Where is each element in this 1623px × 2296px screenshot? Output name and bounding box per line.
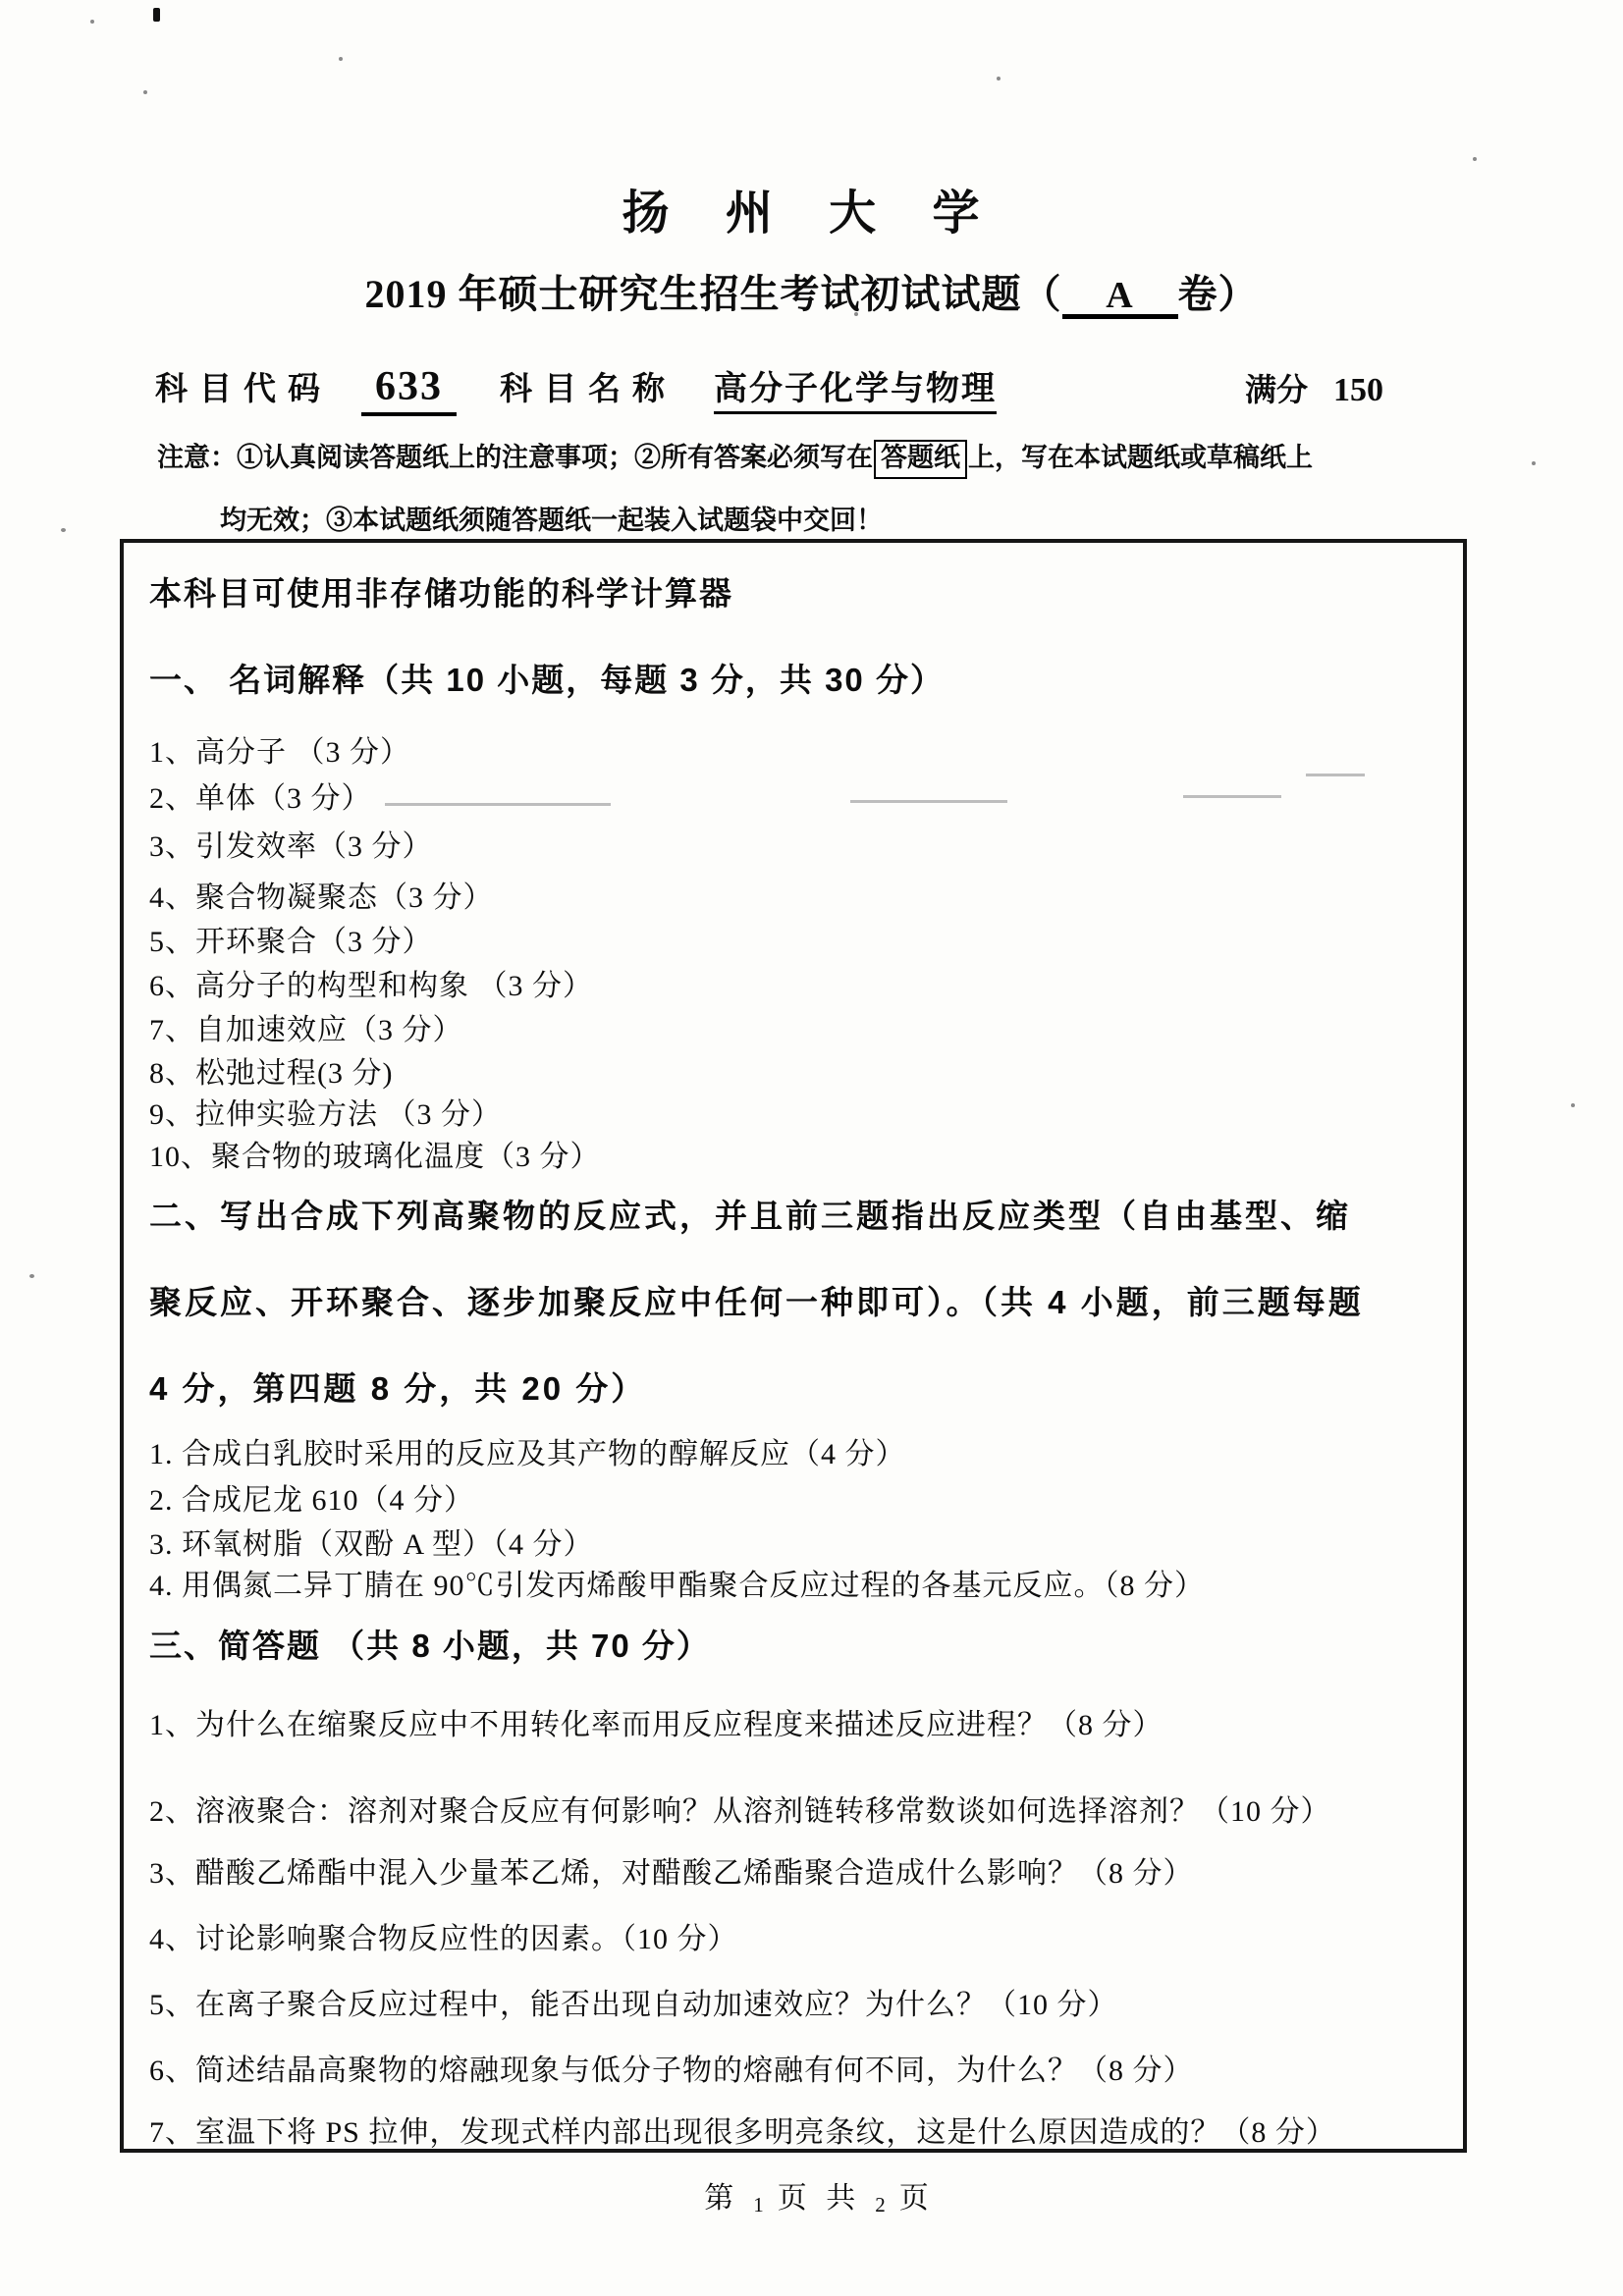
subject-code-label: 科目代码 (155, 363, 332, 409)
footer-suffix: 页 (899, 2182, 935, 2215)
section-2-heading-line-2: 聚反应、开环聚合、逐步加聚反应中任何一种即可）。（共 4 小题，前三题每题 (149, 1277, 1447, 1323)
scan-speck (29, 1274, 34, 1278)
section-1-heading: 一、 名词解释（共 10 小题，每题 3 分，共 30 分） (149, 655, 1447, 701)
full-score-value: 150 (1333, 372, 1383, 408)
section-2-heading-line-3: 4 分，第四题 8 分，共 20 分） (149, 1363, 1447, 1410)
section-1-item-5: 5、开环聚合（3 分） (149, 917, 1447, 960)
subject-code-value: 633 (361, 363, 457, 416)
section-3-item-6: 6、简述结晶高聚物的熔融现象与低分子物的熔融有何不同，为什么？（8 分） (149, 2046, 1447, 2089)
subject-name-value: 高分子化学与物理 (714, 361, 997, 414)
notice-line1-part2: 上，写在本试题纸或草稿纸上 (968, 443, 1313, 472)
section-1-item-3: 3、引发效率（3 分） (149, 822, 1447, 865)
exam-subtitle-prefix: 2019 年硕士研究生招生考试初试试题（ (365, 272, 1062, 316)
scan-speck (997, 77, 1001, 80)
section-3-item-1: 1、为什么在缩聚反应中不用转化率而用反应程度来描述反应进程？（8 分） (149, 1700, 1447, 1743)
subject-row: 科目代码 633 科目名称 高分子化学与物理 (155, 361, 997, 416)
full-score-label: 满分 (1245, 372, 1308, 407)
section-2-item-1: 1. 合成白乳胶时采用的反应及其产物的醇解反应（4 分） (149, 1429, 1447, 1472)
section-2-item-2: 2. 合成尼龙 610（4 分） (149, 1475, 1447, 1519)
notice-line-2: 均无效；③本试题纸须随答题纸一起装入试题袋中交回！ (157, 505, 1492, 538)
scan-speck (1473, 157, 1477, 161)
exam-subtitle: 2019 年硕士研究生招生考试初试试题（A卷） (0, 263, 1623, 319)
section-1-item-1: 1、高分子 （3 分） (149, 727, 1447, 771)
section-1-item-6: 6、高分子的构型和构象 （3 分） (149, 961, 1447, 1004)
scanned-exam-page: ’ ’ 扬 州 大 学 2019 年硕士研究生招生考试初试试题（A卷） 科目代码… (0, 0, 1623, 2296)
notice-line1-part1: ①认真阅读答题纸上的注意事项；②所有答案必须写在 (237, 443, 873, 472)
scan-speck (1571, 1103, 1575, 1107)
section-2-heading-line-1: 二、写出合成下列高聚物的反应式，并且前三题指出反应类型（自由基型、缩 (149, 1191, 1447, 1237)
section-1-item-10: 10、聚合物的玻璃化温度（3 分） (149, 1132, 1447, 1175)
section-3-heading: 三、简答题 （共 8 小题，共 70 分） (149, 1621, 1447, 1667)
section-3-item-7: 7、室温下将 PS 拉伸，发现式样内部出现很多明亮条纹，这是什么原因造成的？（8… (149, 2108, 1447, 2151)
scan-speck (339, 57, 343, 61)
footer-prefix: 第 (704, 2182, 739, 2215)
section-2-item-3: 3. 环氧树脂（双酚 A 型）（4 分） (149, 1520, 1447, 1563)
section-1-item-4: 4、聚合物凝聚态（3 分） (149, 873, 1447, 916)
exam-subtitle-suffix: 卷） (1178, 272, 1259, 316)
section-2-item-4: 4. 用偶氮二异丁腈在 90℃引发丙烯酸甲酯聚合反应过程的各基元反应。（8 分） (149, 1561, 1447, 1604)
section-3-item-5: 5、在离子聚合反应过程中，能否出现自动加速效应？为什么？（10 分） (149, 1980, 1447, 2023)
scan-speck (61, 528, 66, 532)
section-1-item-9: 9、拉伸实验方法 （3 分） (149, 1090, 1447, 1133)
notice-block: 注意：①认真阅读答题纸上的注意事项；②所有答案必须写在答题纸上，写在本试题纸或草… (157, 440, 1492, 538)
paper-variant: A (1062, 277, 1178, 319)
section-1-item-7: 7、自加速效应（3 分） (149, 1005, 1447, 1048)
section-3-item-3: 3、醋酸乙烯酯中混入少量苯乙烯，对醋酸乙烯酯聚合造成什么影响？（8 分） (149, 1848, 1447, 1892)
scan-artifact (153, 8, 160, 22)
notice-line-1: 注意：①认真阅读答题纸上的注意事项；②所有答案必须写在答题纸上，写在本试题纸或草… (157, 440, 1492, 479)
notice-boxed-term: 答题纸 (874, 440, 967, 479)
question-area-border: 本科目可使用非存储功能的科学计算器 一、 名词解释（共 10 小题，每题 3 分… (120, 539, 1467, 2153)
footer-total-pages: 2 (861, 2193, 899, 2216)
section-1-item-8: 8、松弛过程(3 分) (149, 1048, 1447, 1092)
university-title: 扬 州 大 学 (0, 175, 1623, 242)
page-footer: 第1页 共2页 (8, 2173, 1623, 2217)
scan-speck (90, 20, 94, 24)
calculator-note: 本科目可使用非存储功能的科学计算器 (149, 568, 1447, 614)
section-3-item-4: 4、讨论影响聚合物反应性的因素。（10 分） (149, 1914, 1447, 1957)
scan-speck (1532, 461, 1536, 465)
footer-page-number: 1 (739, 2193, 778, 2216)
section-1-item-2: 2、单体（3 分） (149, 774, 1447, 817)
section-3-item-2: 2、溶液聚合：溶剂对聚合反应有何影响？从溶剂链转移常数谈如何选择溶剂？（10 分… (149, 1787, 1447, 1830)
scan-speck (143, 90, 147, 94)
footer-middle: 页 共 (778, 2182, 862, 2215)
subject-name-label: 科目名称 (500, 363, 676, 409)
notice-label: 注意： (157, 443, 237, 472)
full-score-row: 满分150 (1245, 365, 1383, 410)
